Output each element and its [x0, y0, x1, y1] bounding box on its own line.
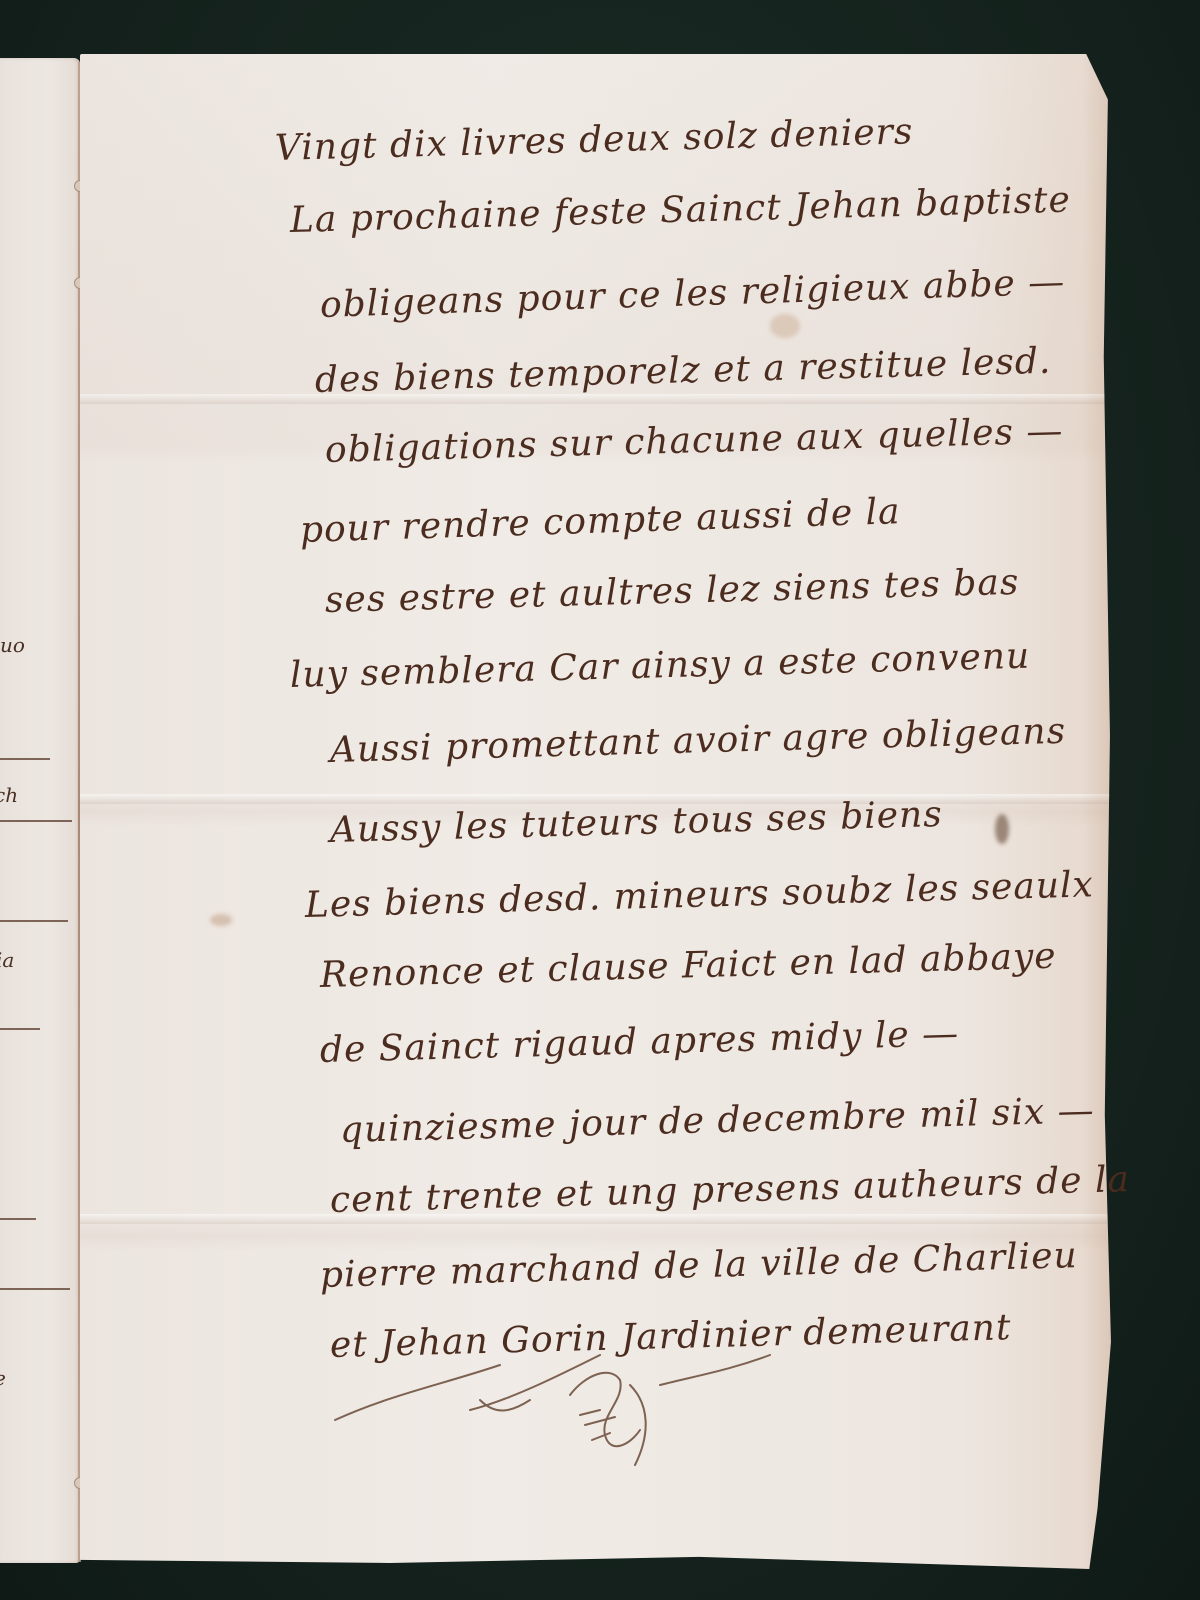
left-page-text: e: [0, 1366, 6, 1390]
ink-stroke: [0, 1288, 70, 1290]
paper-stain: [770, 314, 800, 338]
paper-stain: [210, 914, 232, 926]
left-page-text: ia: [0, 948, 14, 972]
left-page-fragment: uo ch ia e: [0, 58, 80, 1563]
paper-fold: [80, 1214, 1112, 1224]
ink-stroke: [0, 920, 68, 922]
signature-flourish: [330, 1345, 780, 1475]
ink-stroke: [0, 758, 50, 760]
ink-stroke: [0, 1218, 36, 1220]
ink-stroke: [0, 820, 72, 822]
left-page-text: uo: [0, 633, 25, 657]
ink-blot: [995, 814, 1009, 844]
ink-stroke: [0, 1028, 40, 1030]
paper-fold: [80, 394, 1112, 404]
left-page-text: ch: [0, 783, 18, 807]
